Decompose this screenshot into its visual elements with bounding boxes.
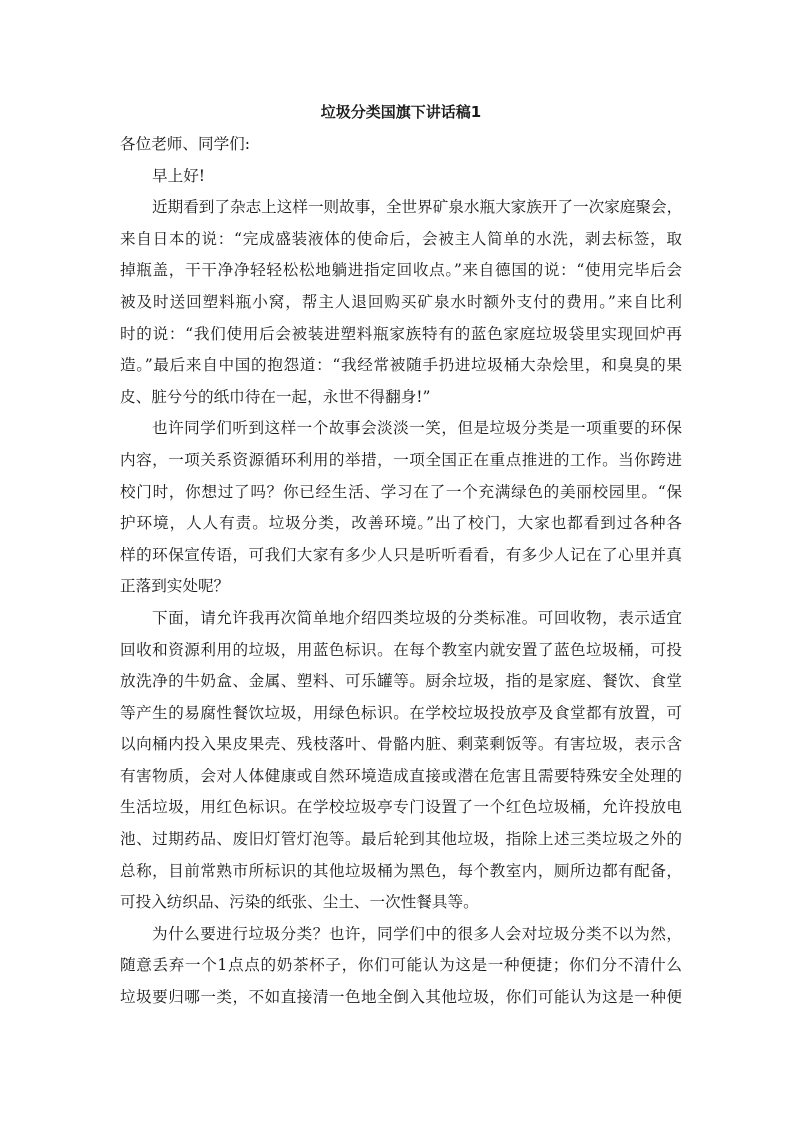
paragraph-story: 近期看到了杂志上这样一则故事，全世界矿泉水瓶大家族开了一次家庭聚会， 来自日本的… (120, 192, 682, 413)
document-title: 垃圾分类国旗下讲话稿1 (120, 98, 682, 126)
paragraph-line: 内容，一项关系资源循环利用的举措，一项全国正在重点推进的工作。当你跨进 (120, 445, 682, 477)
paragraph-line: 正落到实处呢？ (120, 571, 682, 603)
paragraph-line: 造。”最后来自中国的抱怨道：“我经常被随手扔进垃圾桶大杂烩里，和臭臭的果 (120, 350, 682, 382)
document-page: 垃圾分类国旗下讲话稿1 各位老师、同学们: 早上好! 近期看到了杂志上这样一则故… (120, 98, 682, 1014)
paragraph-line: 被及时送回塑料瓶小窝，帮主人退回购买矿泉水时额外支付的费用。”来自比利 (120, 287, 682, 319)
paragraph-line: 时的说：“我们使用后会被装进塑料瓶家族特有的蓝色家庭垃圾袋里实现回炉再 (120, 319, 682, 351)
paragraph-line: 有害物质，会对人体健康或自然环境造成直接或潜在危害且需要特殊安全处理的 (120, 761, 682, 793)
paragraph-line: 来自日本的说：“完成盛装液体的使命后，会被主人简单的水洗，剥去标签，取 (120, 224, 682, 256)
paragraph-line: 随意丢弃一个1点点的奶茶杯子，你们可能认为这是一种便捷；你们分不清什么 (120, 950, 682, 982)
paragraph-line: 为什么要进行垃圾分类？也许，同学们中的很多人会对垃圾分类不以为然， (120, 919, 682, 951)
paragraph-line: 校门时，你想过了吗？你已经生活、学习在了一个充满绿色的美丽校园里。“保 (120, 477, 682, 509)
paragraph-line: 垃圾要归哪一类，不如直接清一色地全倒入其他垃圾，你们可能认为这是一种便 (120, 982, 682, 1014)
paragraph-line: 生活垃圾，用红色标识。在学校垃圾亭专门设置了一个红色垃圾桶，允许投放电 (120, 792, 682, 824)
paragraph-line: 可投入纺织品、污染的纸张、尘土、一次性餐具等。 (120, 887, 682, 919)
paragraph-line: 放洗净的牛奶盒、金属、塑料、可乐罐等。厨余垃圾，指的是家庭、餐饮、食堂 (120, 666, 682, 698)
paragraph-categories: 下面，请允许我再次简单地介绍四类垃圾的分类标准。可回收物，表示适宜 回收和资源利… (120, 603, 682, 919)
paragraph-line: 等产生的易腐性餐饮垃圾，用绿色标识。在学校垃圾投放亭及食堂都有放置，可 (120, 698, 682, 730)
paragraph-line: 掉瓶盖，干干净净轻轻松松地躺进指定回收点。”来自德国的说：“使用完毕后会 (120, 255, 682, 287)
paragraph-line: 回收和资源利用的垃圾，用蓝色标识。在每个教室内就安置了蓝色垃圾桶，可投 (120, 635, 682, 667)
paragraph-line: 护环境，人人有责。垃圾分类，改善环境。”出了校门，大家也都看到过各种各 (120, 508, 682, 540)
paragraph-line: 以向桶内投入果皮果壳、残枝落叶、骨骼内脏、剩菜剩饭等。有害垃圾，表示含 (120, 729, 682, 761)
paragraph-line: 也许同学们听到这样一个故事会淡淡一笑，但是垃圾分类是一项重要的环保 (120, 413, 682, 445)
salutation: 各位老师、同学们: (120, 129, 682, 161)
paragraph-why: 为什么要进行垃圾分类？也许，同学们中的很多人会对垃圾分类不以为然， 随意丢弃一个… (120, 919, 682, 1014)
paragraph-line: 皮、脏兮兮的纸巾待在一起，永世不得翻身!” (120, 382, 682, 414)
paragraph-line: 下面，请允许我再次简单地介绍四类垃圾的分类标准。可回收物，表示适宜 (120, 603, 682, 635)
paragraph-line: 总称，目前常熟市所标识的其他垃圾桶为黑色，每个教室内，厕所边都有配备， (120, 856, 682, 888)
paragraph-importance: 也许同学们听到这样一个故事会淡淡一笑，但是垃圾分类是一项重要的环保 内容，一项关… (120, 413, 682, 603)
greeting: 早上好! (120, 161, 682, 193)
paragraph-line: 近期看到了杂志上这样一则故事，全世界矿泉水瓶大家族开了一次家庭聚会， (120, 192, 682, 224)
paragraph-line: 样的环保宣传语，可我们大家有多少人只是听听看看，有多少人记在了心里并真 (120, 540, 682, 572)
paragraph-line: 池、过期药品、废旧灯管灯泡等。最后轮到其他垃圾，指除上述三类垃圾之外的 (120, 824, 682, 856)
